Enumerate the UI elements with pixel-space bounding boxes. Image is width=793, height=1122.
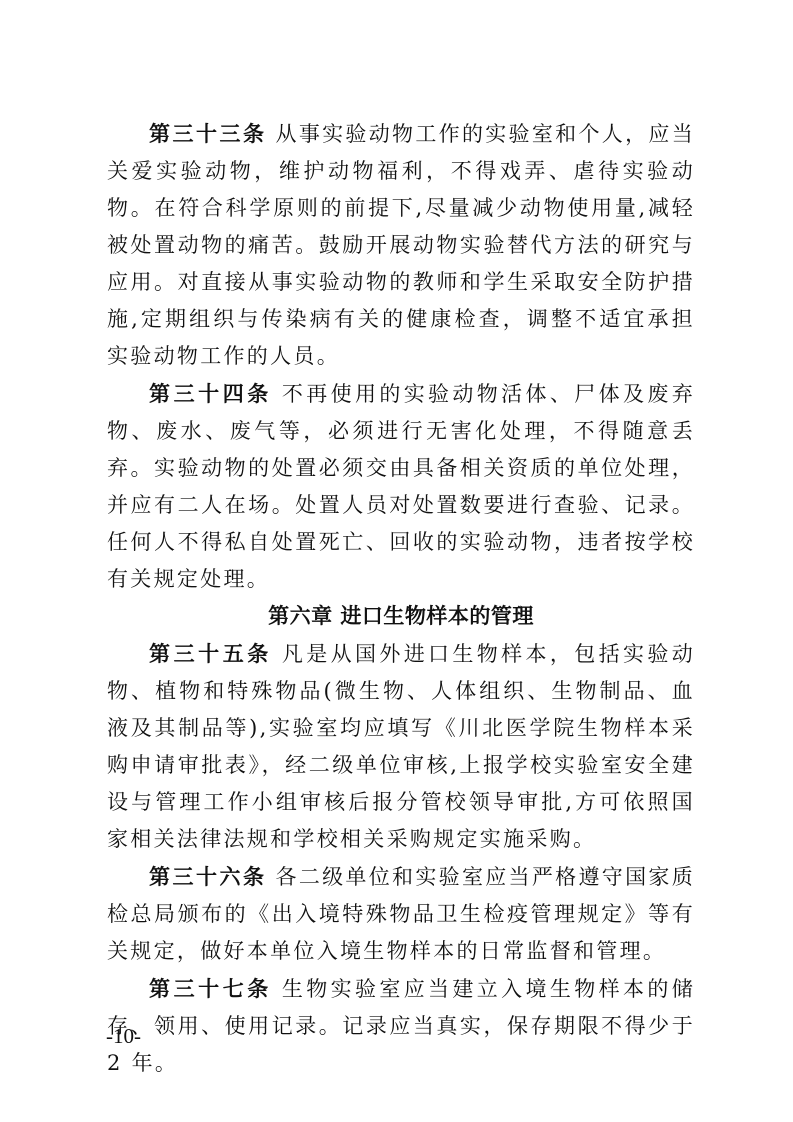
article-number: 第三十三条 (149, 121, 267, 146)
article-37: 第三十七条 生物实验室应当建立入境生物样本的储存、领用、使用记录。记录应当真实，… (107, 970, 695, 1082)
article-34: 第三十四条 不再使用的实验动物活体、尸体及废弃物、废水、废气等，必须进行无害化处… (107, 375, 695, 598)
article-35: 第三十五条 凡是从国外进口生物样本，包括实验动物、植物和特殊物品(微生物、人体组… (107, 635, 695, 858)
document-page: 第三十三条 从事实验动物工作的实验室和个人，应当关爱实验动物，维护动物福利，不得… (107, 115, 695, 1082)
article-36: 第三十六条 各二级单位和实验室应当严格遵守国家质检总局颁布的《出入境特殊物品卫生… (107, 858, 695, 970)
article-number: 第三十七条 (149, 976, 272, 1001)
page-number: -10- (106, 1024, 141, 1049)
article-number: 第三十四条 (149, 381, 272, 406)
chapter-title: 第六章 进口生物样本的管理 (107, 598, 695, 635)
article-number: 第三十五条 (149, 641, 272, 666)
article-33: 第三十三条 从事实验动物工作的实验室和个人，应当关爱实验动物，维护动物福利，不得… (107, 115, 695, 375)
article-number: 第三十六条 (149, 864, 267, 889)
article-text: 不再使用的实验动物活体、尸体及废弃物、废水、废气等，必须进行无害化处理，不得随意… (107, 382, 695, 591)
article-text: 凡是从国外进口生物样本，包括实验动物、植物和特殊物品(微生物、人体组织、生物制品… (107, 642, 695, 851)
article-text: 从事实验动物工作的实验室和个人，应当关爱实验动物，维护动物福利，不得戏弄、虐待实… (107, 122, 695, 368)
